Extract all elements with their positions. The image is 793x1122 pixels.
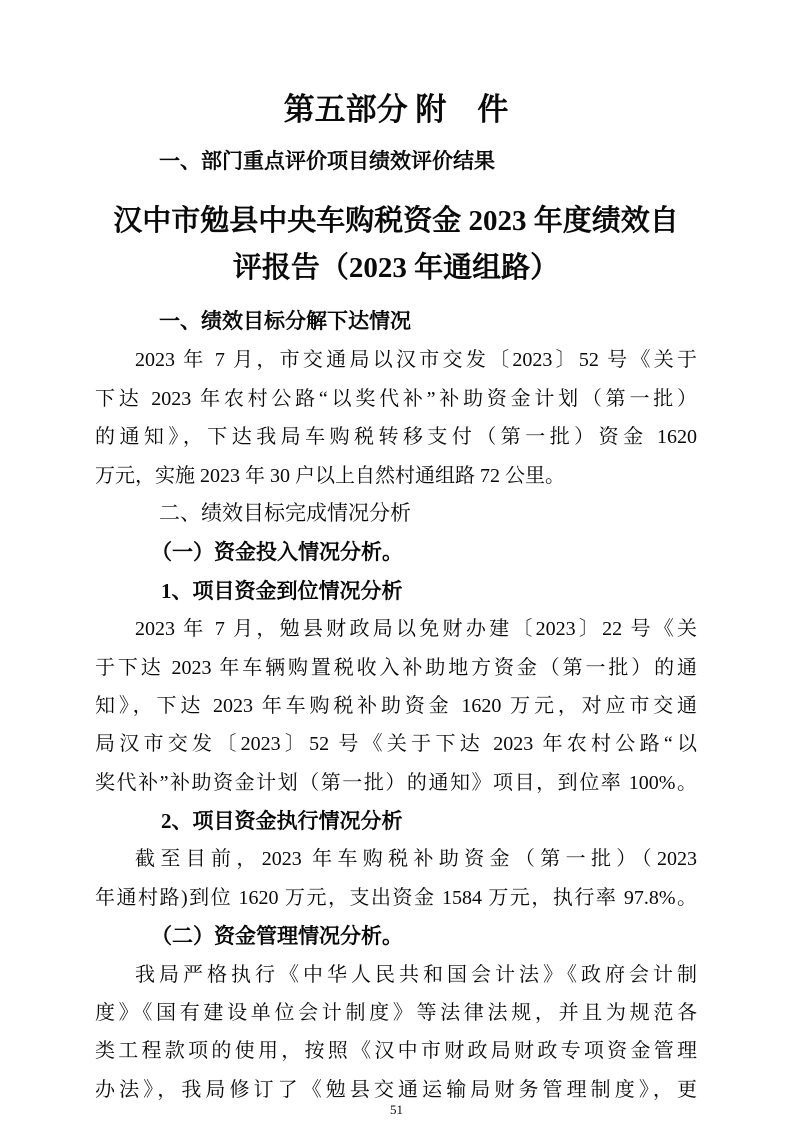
para-fund-arrival-line-4: 局汉市交发〔2023〕52 号《关于下达 2023 年农村公路“以 (95, 725, 697, 763)
heading-fund-arrival-analysis: 1、项目资金到位情况分析 (161, 572, 697, 610)
page-number: 51 (0, 1102, 793, 1118)
para-fund-arrival-line-1: 2023 年 7 月，勉县财政局以免财办建〔2023〕22 号《关 (95, 610, 697, 648)
para-fund-management-line-1: 我局严格执行《中华人民共和国会计法》《政府会计制 (95, 956, 697, 994)
document-page: 第五部分 附 件 一、部门重点评价项目绩效评价结果 汉中市勉县中央车购税资金 2… (0, 0, 793, 1122)
para-target-assignment-line-1: 2023 年 7 月，市交通局以汉市交发〔2023〕52 号《关于 (95, 341, 697, 379)
report-title-line-1: 汉中市勉县中央车购税资金 2023 年度绩效自 (95, 198, 697, 245)
para-target-assignment-line-4: 万元，实施 2023 年 30 户以上自然村通组路 72 公里。 (95, 457, 697, 495)
report-body: 一、绩效目标分解下达情况2023 年 7 月，市交通局以汉市交发〔2023〕52… (95, 303, 697, 1109)
para-fund-arrival-line-3: 知》，下达 2023 年车购税补助资金 1620 万元，对应市交通 (95, 687, 697, 725)
heading-fund-execution-analysis: 2、项目资金执行情况分析 (161, 802, 697, 840)
para-target-assignment-line-3: 的通知》，下达我局车购税转移支付（第一批）资金 1620 (95, 418, 697, 456)
heading-fund-input-analysis: （一）资金投入情况分析。 (151, 533, 697, 571)
para-target-assignment-line-2: 下达 2023 年农村公路“以奖代补”补助资金计划（第一批） (95, 380, 697, 418)
heading-fund-management-analysis: （二）资金管理情况分析。 (151, 917, 697, 955)
heading-target-completion-analysis: 二、绩效目标完成情况分析 (159, 495, 697, 533)
report-title: 汉中市勉县中央车购税资金 2023 年度绩效自 评报告（2023 年通组路） (95, 198, 697, 292)
para-fund-arrival-line-5: 奖代补”补助资金计划（第一批）的通知》项目，到位率 100%。 (95, 764, 697, 802)
para-fund-management-line-3: 类工程款项的使用，按照《汉中市财政局财政专项资金管理 (95, 1032, 697, 1070)
part-title: 第五部分 附 件 (95, 90, 697, 130)
para-fund-execution-line-1: 截至目前，2023 年车购税补助资金（第一批）（2023 (95, 840, 697, 878)
para-fund-management-line-2: 度》《国有建设单位会计制度》等法律法规，并且为规范各 (95, 994, 697, 1032)
heading-target-assignment: 一、绩效目标分解下达情况 (159, 303, 697, 341)
document-content: 第五部分 附 件 一、部门重点评价项目绩效评价结果 汉中市勉县中央车购税资金 2… (95, 0, 697, 1109)
para-fund-arrival-line-2: 于下达 2023 年车辆购置税收入补助地方资金（第一批）的通 (95, 649, 697, 687)
report-title-line-2: 评报告（2023 年通组路） (95, 245, 697, 292)
department-evaluation-heading: 一、部门重点评价项目绩效评价结果 (159, 150, 697, 174)
para-fund-execution-line-2: 年通村路)到位 1620 万元，支出资金 1584 万元，执行率 97.8%。 (95, 879, 697, 917)
